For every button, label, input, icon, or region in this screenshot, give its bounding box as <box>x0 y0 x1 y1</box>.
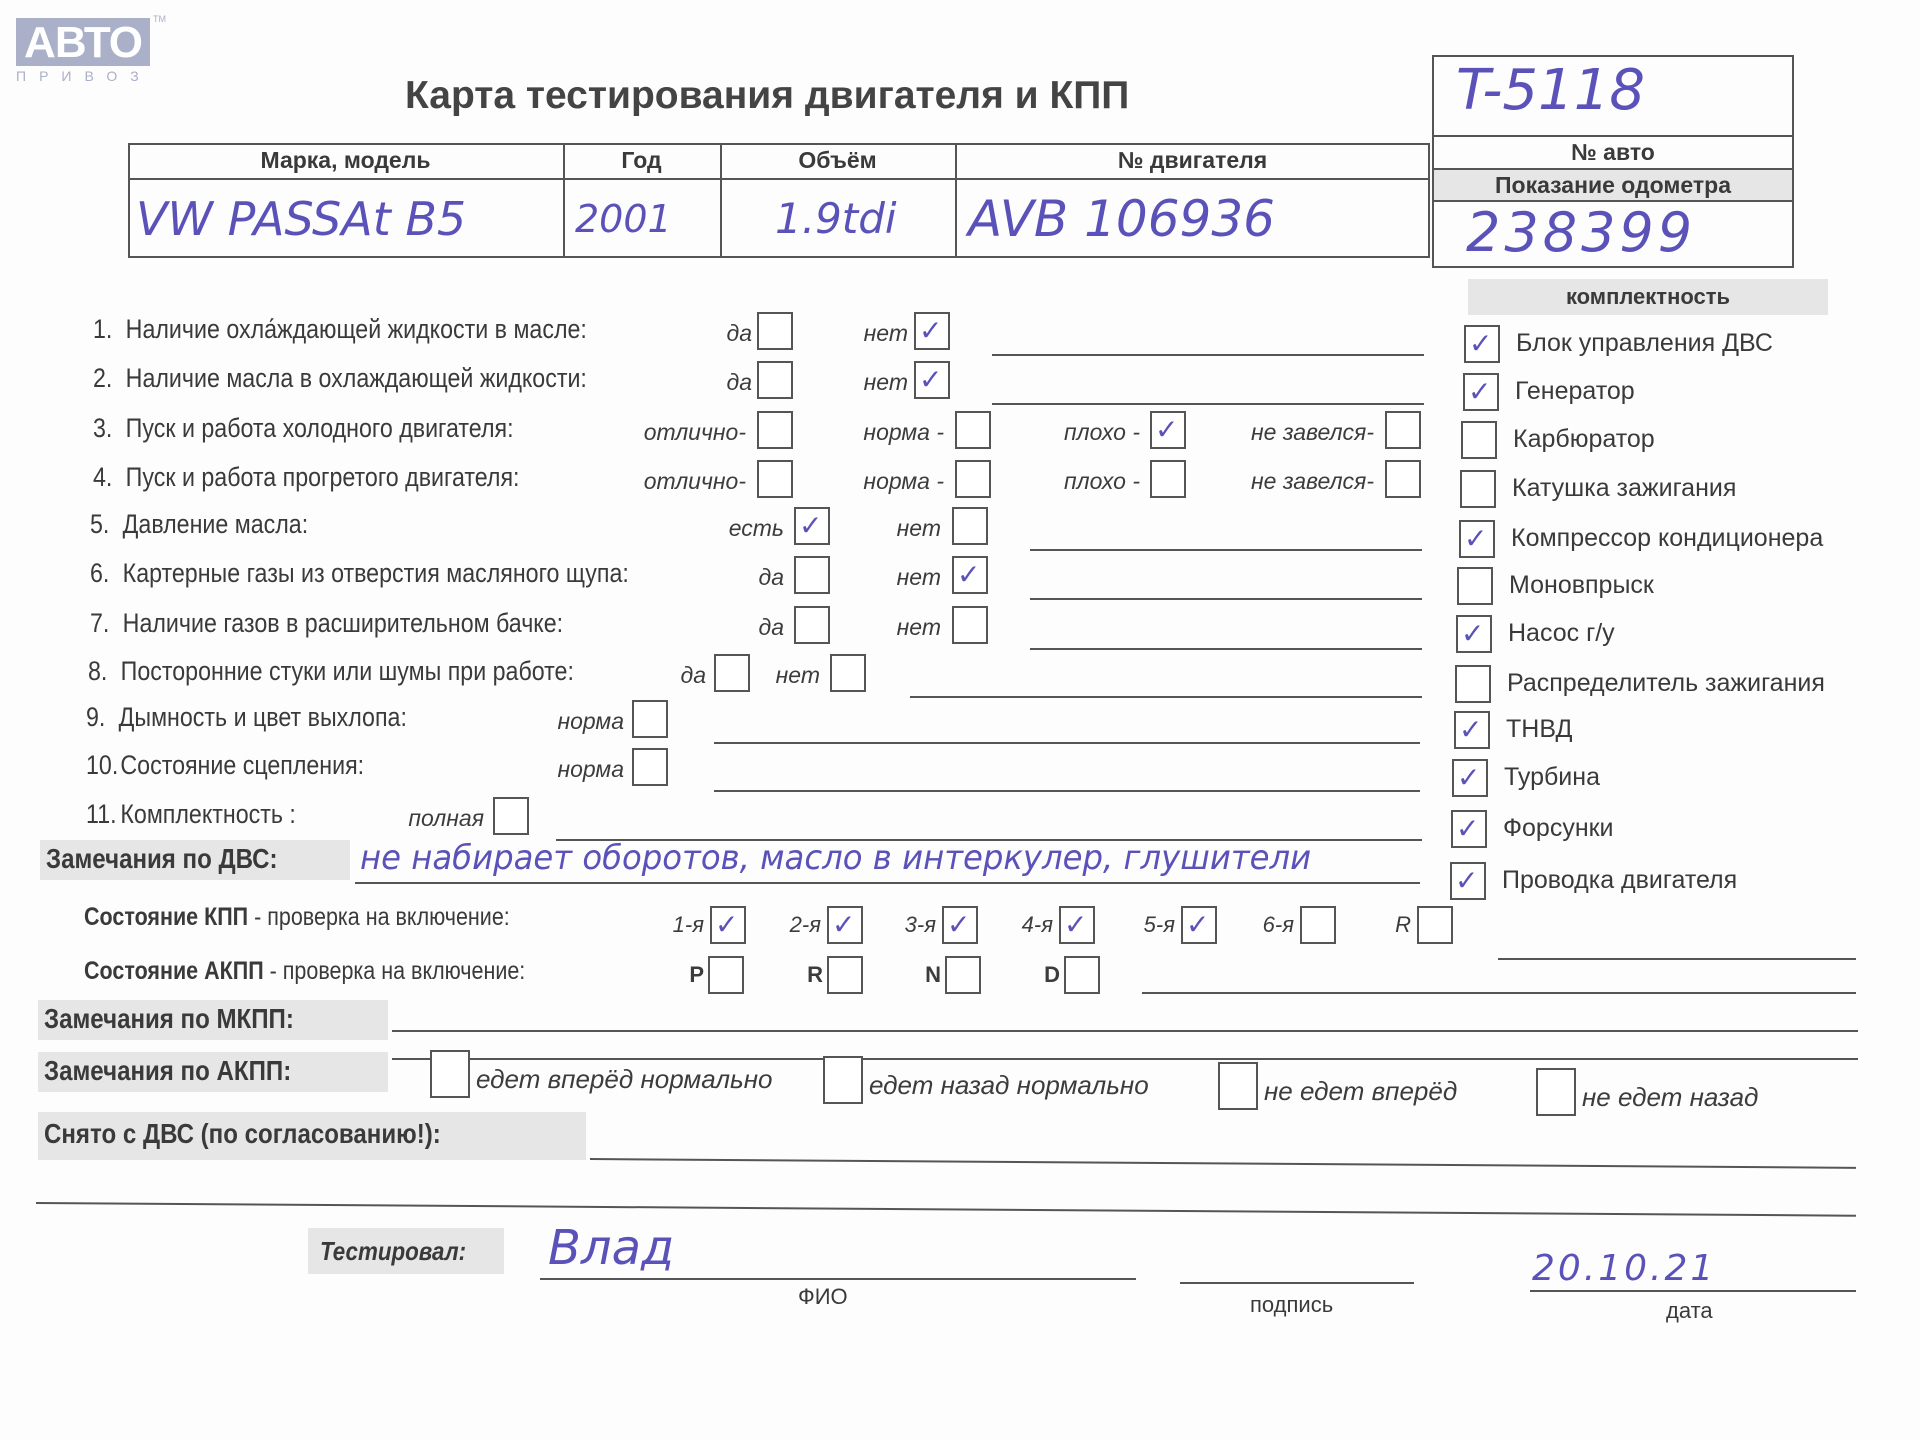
header-year: Год <box>563 143 720 178</box>
question-number: 8. <box>88 656 121 687</box>
option-label: нет <box>864 320 908 347</box>
option-label: полная <box>408 805 484 832</box>
odometer-label: Показание одометра <box>1432 170 1794 200</box>
check-mark-icon: ✓ <box>1469 325 1492 363</box>
gear-label: R <box>1395 912 1411 938</box>
option-checkbox[interactable] <box>632 748 668 786</box>
gear-checkbox[interactable]: ✓ <box>1181 906 1217 944</box>
option-checkbox[interactable] <box>794 606 830 644</box>
gear-label: 3-я <box>905 912 936 938</box>
option-checkbox[interactable] <box>794 556 830 594</box>
completeness-checkbox[interactable]: ✓ <box>1451 810 1487 848</box>
name-caption: ФИО <box>798 1284 848 1310</box>
akpp-option-checkbox[interactable] <box>823 1056 863 1104</box>
position-label: P <box>689 962 704 988</box>
akpp-option-label: едет назад нормально <box>869 1070 1149 1101</box>
option-label: нет <box>864 369 908 396</box>
checklist-question: 4.Пуск и работа прогретого двигателя: <box>93 462 589 493</box>
logo-trademark: TM <box>153 14 166 24</box>
auto-gearbox-label: Состояние АКПП - проверка на включение: <box>84 957 597 986</box>
question-label: Наличие масла в охлаждающей жидкости: <box>126 363 587 393</box>
option-checkbox[interactable]: ✓ <box>794 507 830 545</box>
tested-label: Тестировал: <box>320 1236 490 1267</box>
manual-gearbox-line <box>1498 958 1856 960</box>
checklist-question: 8.Посторонние стуки или шумы при работе: <box>88 656 653 687</box>
gear-label: 5-я <box>1144 912 1175 938</box>
position-checkbox[interactable] <box>945 956 981 994</box>
option-label: плохо - <box>1064 419 1140 446</box>
option-label: не завелся- <box>1251 468 1374 495</box>
completeness-label: Насос г/у <box>1508 619 1615 648</box>
option-label: да <box>680 662 706 689</box>
akpp-option-label: не едет назад <box>1582 1082 1758 1113</box>
gear-checkbox[interactable]: ✓ <box>1059 906 1095 944</box>
signature-line[interactable] <box>1180 1282 1414 1284</box>
check-mark-icon: ✓ <box>1459 711 1482 749</box>
akpp-option-label: едет вперёд нормально <box>476 1064 772 1095</box>
position-checkbox[interactable] <box>1064 956 1100 994</box>
tester-name-value[interactable]: Влад <box>548 1220 674 1276</box>
option-checkbox[interactable] <box>1385 460 1421 498</box>
question-number: 3. <box>93 413 126 444</box>
comment-line[interactable] <box>1030 549 1422 551</box>
check-mark-icon: ✓ <box>799 507 822 545</box>
option-label: нет <box>897 564 941 591</box>
checklist-question: 7.Наличие газов в расширительном бачке: <box>90 608 640 639</box>
option-checkbox[interactable] <box>952 606 988 644</box>
option-label: норма - <box>863 468 944 495</box>
check-mark-icon: ✓ <box>1455 862 1478 900</box>
engine-remarks-value[interactable]: не набирает оборотов, масло в интеркулер… <box>360 838 1311 878</box>
auto-gearbox-line <box>1142 992 1856 994</box>
position-label: N <box>925 962 941 988</box>
question-number: 7. <box>90 608 123 639</box>
check-mark-icon: ✓ <box>1456 810 1479 848</box>
year-value[interactable]: 2001 <box>575 182 672 256</box>
option-label: да <box>758 564 784 591</box>
position-label: R <box>807 962 823 988</box>
checklist-question: 2.Наличие масла в охлаждающей жидкости: <box>93 363 667 394</box>
completeness-label: Карбюратор <box>1513 425 1655 454</box>
car-number-value[interactable]: T-5118 <box>1456 58 1645 123</box>
date-caption: дата <box>1666 1298 1713 1324</box>
position-label: D <box>1044 962 1060 988</box>
completeness-checkbox[interactable] <box>1457 567 1493 605</box>
option-checkbox[interactable] <box>952 507 988 545</box>
gear-label: 6-я <box>1263 912 1294 938</box>
logo-subtitle: ПРИВОЗ <box>16 68 152 84</box>
option-label: норма - <box>863 419 944 446</box>
option-label: норма <box>557 756 624 783</box>
question-number: 6. <box>90 558 123 589</box>
option-checkbox[interactable]: ✓ <box>914 312 950 350</box>
option-checkbox[interactable] <box>757 460 793 498</box>
completeness-label: Проводка двигателя <box>1502 866 1737 895</box>
option-label: нет <box>897 515 941 542</box>
comment-line[interactable] <box>992 354 1424 356</box>
gear-checkbox[interactable]: ✓ <box>710 906 746 944</box>
question-label: Состояние сцепления: <box>120 750 364 780</box>
gear-label: 1-я <box>673 912 704 938</box>
removed-line-1[interactable] <box>590 1158 1856 1169</box>
akpp-option-checkbox[interactable] <box>1218 1062 1258 1110</box>
engine-remarks-line <box>355 882 1420 884</box>
date-line <box>1530 1290 1856 1292</box>
akpp-option-label: не едет вперёд <box>1264 1076 1457 1107</box>
engine-remarks-label: Замечания по ДВС: <box>46 843 315 875</box>
question-number: 1. <box>93 314 126 345</box>
completeness-checkbox[interactable]: ✓ <box>1464 325 1500 363</box>
check-mark-icon: ✓ <box>1461 615 1484 653</box>
completeness-checkbox[interactable]: ✓ <box>1452 759 1488 797</box>
question-number: 9. <box>86 702 119 733</box>
check-mark-icon: ✓ <box>919 312 942 350</box>
position-checkbox[interactable] <box>827 956 863 994</box>
question-label: Наличие охла́ждающей жидкости в масле: <box>126 314 587 344</box>
completeness-label: Моновпрыск <box>1509 571 1654 600</box>
gear-label: 2-я <box>790 912 821 938</box>
option-label: нет <box>776 662 820 689</box>
header-make-model: Марка, модель <box>128 143 563 178</box>
check-mark-icon: ✓ <box>715 906 738 944</box>
odometer-value[interactable]: 238399 <box>1466 200 1696 266</box>
question-label: Пуск и работа холодного двигателя: <box>126 413 514 443</box>
check-mark-icon: ✓ <box>947 906 970 944</box>
completeness-checkbox[interactable]: ✓ <box>1463 373 1499 411</box>
question-number: 10. <box>86 750 120 781</box>
question-label: Посторонние стуки или шумы при работе: <box>121 656 574 686</box>
table-header-divider <box>128 178 1430 180</box>
option-label: норма <box>557 708 624 735</box>
header-volume: Объём <box>720 143 955 178</box>
akpp-remarks-label: Замечания по АКПП: <box>44 1055 331 1087</box>
manual-gearbox-label: Состояние КПП - проверка на включение: <box>84 903 579 932</box>
completeness-checkbox[interactable] <box>1460 470 1496 508</box>
logo: АВТО <box>16 18 150 66</box>
checklist-question: 3.Пуск и работа холодного двигателя: <box>93 413 582 444</box>
car-number-label: № авто <box>1432 137 1794 168</box>
option-checkbox[interactable] <box>757 411 793 449</box>
check-mark-icon: ✓ <box>1464 520 1487 558</box>
option-checkbox[interactable] <box>757 361 793 399</box>
volume-value[interactable]: 1.9tdi <box>775 182 897 256</box>
comment-line[interactable] <box>910 696 1422 698</box>
checklist-question: 11.Комплектность : <box>86 799 330 830</box>
option-label: да <box>758 614 784 641</box>
check-mark-icon: ✓ <box>1064 906 1087 944</box>
check-mark-icon: ✓ <box>1155 411 1178 449</box>
completeness-checkbox[interactable]: ✓ <box>1454 711 1490 749</box>
option-checkbox[interactable]: ✓ <box>1150 411 1186 449</box>
question-number: 2. <box>93 363 126 394</box>
akpp-option-checkbox[interactable] <box>430 1050 470 1098</box>
check-mark-icon: ✓ <box>1186 906 1209 944</box>
completeness-title: комплектность <box>1468 279 1828 315</box>
check-mark-icon: ✓ <box>919 361 942 399</box>
completeness-checkbox[interactable] <box>1455 665 1491 703</box>
option-checkbox[interactable] <box>757 312 793 350</box>
completeness-label: Блок управления ДВС <box>1516 329 1773 358</box>
checklist-question: 6.Картерные газы из отверстия масляного … <box>90 558 717 589</box>
completeness-label: Компрессор кондиционера <box>1511 524 1823 553</box>
comment-line[interactable] <box>714 742 1420 744</box>
option-checkbox[interactable]: ✓ <box>952 556 988 594</box>
check-mark-icon: ✓ <box>1457 759 1480 797</box>
question-number: 4. <box>93 462 126 493</box>
question-label: Пуск и работа прогретого двигателя: <box>126 462 520 492</box>
option-label: да <box>726 369 752 396</box>
question-number: 5. <box>90 509 123 540</box>
completeness-label: Форсунки <box>1503 814 1614 843</box>
option-checkbox[interactable] <box>493 797 529 835</box>
page-title: Карта тестирования двигателя и КПП <box>405 74 1129 118</box>
completeness-label: Катушка зажигания <box>1512 474 1736 503</box>
option-checkbox[interactable] <box>714 654 750 692</box>
completeness-checkbox[interactable]: ✓ <box>1459 520 1495 558</box>
gear-label: 4-я <box>1022 912 1053 938</box>
option-label: нет <box>897 614 941 641</box>
question-number: 11. <box>86 799 120 830</box>
option-checkbox[interactable] <box>1385 411 1421 449</box>
comment-line[interactable] <box>1030 648 1422 650</box>
engine-number-value[interactable]: AVB 106936 <box>968 182 1275 256</box>
header-engine-number: № двигателя <box>955 143 1430 178</box>
name-line <box>540 1278 1136 1280</box>
mkpp-remarks-line[interactable] <box>392 1030 1858 1032</box>
question-label: Картерные газы из отверстия масляного щу… <box>123 558 629 588</box>
option-label: не завелся- <box>1251 419 1374 446</box>
akpp-option-checkbox[interactable] <box>1536 1068 1576 1116</box>
option-checkbox[interactable] <box>955 460 991 498</box>
option-label: отлично- <box>644 468 746 495</box>
gear-checkbox[interactable]: ✓ <box>827 906 863 944</box>
option-checkbox[interactable] <box>955 411 991 449</box>
check-mark-icon: ✓ <box>957 556 980 594</box>
checklist-question: 9.Дымность и цвет выхлопа: <box>86 702 459 733</box>
option-label: да <box>726 320 752 347</box>
removed-line-2[interactable] <box>36 1202 1856 1217</box>
question-label: Дымность и цвет выхлопа: <box>119 702 407 732</box>
comment-line[interactable] <box>992 403 1424 405</box>
question-label: Наличие газов в расширительном бачке: <box>123 608 563 638</box>
option-label: отлично- <box>644 419 746 446</box>
completeness-label: Турбина <box>1504 763 1600 792</box>
position-checkbox[interactable] <box>708 956 744 994</box>
checklist-question: 5.Давление масла: <box>90 509 344 540</box>
completeness-checkbox[interactable]: ✓ <box>1456 615 1492 653</box>
completeness-checkbox[interactable]: ✓ <box>1450 862 1486 900</box>
check-mark-icon: ✓ <box>1468 373 1491 411</box>
checklist-question: 1.Наличие охла́ждающей жидкости в масле: <box>93 314 667 345</box>
check-mark-icon: ✓ <box>832 906 855 944</box>
comment-line[interactable] <box>1030 598 1422 600</box>
question-label: Давление масла: <box>123 509 308 539</box>
gear-checkbox[interactable] <box>1300 906 1336 944</box>
signature-caption: подпись <box>1250 1292 1333 1318</box>
option-checkbox[interactable] <box>632 700 668 738</box>
option-label: плохо - <box>1064 468 1140 495</box>
completeness-label: Распределитель зажигания <box>1507 669 1825 698</box>
gear-checkbox[interactable] <box>1417 906 1453 944</box>
option-checkbox[interactable]: ✓ <box>914 361 950 399</box>
checklist-question: 10.Состояние сцепления: <box>86 750 409 781</box>
option-label: есть <box>729 515 784 542</box>
removed-label: Снято с ДВС (по согласованию!): <box>44 1118 505 1150</box>
option-checkbox[interactable] <box>1150 460 1186 498</box>
date-value[interactable]: 20.10.21 <box>1532 1248 1716 1289</box>
option-checkbox[interactable] <box>830 654 866 692</box>
completeness-checkbox[interactable] <box>1461 421 1497 459</box>
akpp-top-line <box>392 1058 1858 1060</box>
make-model-value[interactable]: VW PASSAt B5 <box>136 182 466 256</box>
gear-checkbox[interactable]: ✓ <box>942 906 978 944</box>
completeness-label: Генератор <box>1515 377 1635 406</box>
mkpp-remarks-label: Замечания по МКПП: <box>44 1003 335 1035</box>
comment-line[interactable] <box>714 790 1420 792</box>
question-label: Комплектность : <box>120 799 295 829</box>
completeness-label: ТНВД <box>1506 715 1572 744</box>
